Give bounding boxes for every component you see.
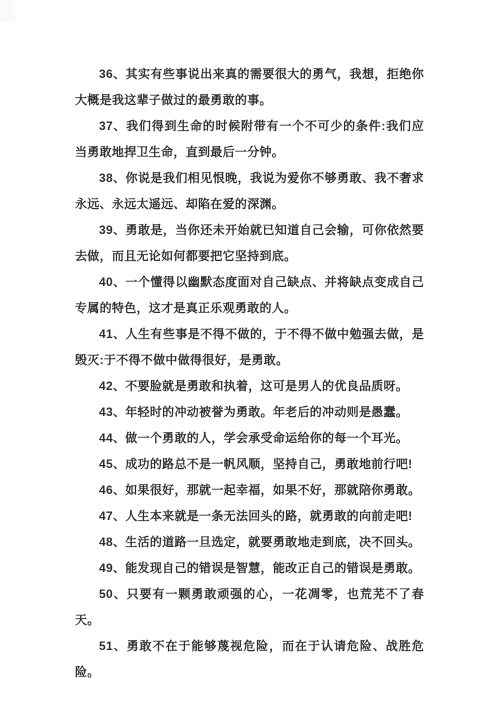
quote-item: 49、能发现自己的错误是智慧，能改正自己的错误是勇敢。 xyxy=(75,555,424,581)
quote-item: 48、生活的道路一旦选定，就要勇敢地走到底，决不回头。 xyxy=(75,529,424,555)
quote-number: 36、 xyxy=(99,67,126,81)
quote-text: 其实有些事说出来真的需要很大的勇气，我想，拒绝你大概是我这辈子做过的最勇敢的事。 xyxy=(75,67,424,107)
quote-number: 46、 xyxy=(99,483,125,497)
quote-number: 48、 xyxy=(99,535,125,549)
quote-item: 50、只要有一颗勇敢顽强的心，一花凋零，也荒芜不了春天。 xyxy=(75,581,424,633)
quote-number: 38、 xyxy=(99,171,126,185)
quote-list: 36、其实有些事说出来真的需要很大的勇气，我想，拒绝你大概是我这辈子做过的最勇敢… xyxy=(75,61,424,685)
quote-number: 40、 xyxy=(99,275,126,289)
document-page: 36、其实有些事说出来真的需要很大的勇气，我想，拒绝你大概是我这辈子做过的最勇敢… xyxy=(0,0,500,707)
quote-item: 46、如果很好，那就一起幸福，如果不好，那就陪你勇敢。 xyxy=(75,477,424,503)
quote-item: 43、年轻时的冲动被誉为勇敢。年老后的冲动则是愚蠢。 xyxy=(75,399,424,425)
quote-text: 成功的路总不是一帆风顺，坚持自己，勇敢地前行吧! xyxy=(125,457,412,471)
quote-text: 一个懂得以幽默态度面对自己缺点、并将缺点变成自己专属的特色，这才是真正乐观勇敢的… xyxy=(75,275,424,315)
quote-text: 能发现自己的错误是智慧，能改正自己的错误是勇敢。 xyxy=(125,561,420,575)
quote-text: 生活的道路一旦选定，就要勇敢地走到底，决不回头。 xyxy=(125,535,420,549)
quote-text: 不要脸就是勇敢和执着，这可是男人的优良品质呀。 xyxy=(125,379,408,393)
quote-text: 人生本来就是一条无法回头的路，就勇敢的向前走吧! xyxy=(125,509,412,523)
quote-text: 你说是我们相见恨晚，我说为爱你不够勇敢、我不奢求永远、永远太遥远、却陷在爱的深渊… xyxy=(75,171,424,211)
quote-text: 勇敢不在于能够蔑视危险，而在于认请危险、战胜危险。 xyxy=(75,639,424,679)
quote-text: 我们得到生命的时候附带有一个不可少的条件:我们应当勇敢地捍卫生命，直到最后一分钟… xyxy=(75,119,424,159)
quote-item: 40、一个懂得以幽默态度面对自己缺点、并将缺点变成自己专属的特色，这才是真正乐观… xyxy=(75,269,424,321)
quote-text: 只要有一颗勇敢顽强的心，一花凋零，也荒芜不了春天。 xyxy=(75,587,424,627)
quote-number: 51、 xyxy=(99,639,127,653)
quote-number: 50、 xyxy=(99,587,127,601)
quote-number: 39、 xyxy=(99,223,126,237)
quote-item: 36、其实有些事说出来真的需要很大的勇气，我想，拒绝你大概是我这辈子做过的最勇敢… xyxy=(75,61,424,113)
quote-text: 勇敢是，当你还未开始就已知道自己会输，可你依然要去做，而且无论如何都要把它坚持到… xyxy=(75,223,424,263)
quote-item: 37、我们得到生命的时候附带有一个不可少的条件:我们应当勇敢地捍卫生命，直到最后… xyxy=(75,113,424,165)
quote-item: 38、你说是我们相见恨晚，我说为爱你不够勇敢、我不奢求永远、永远太遥远、却陷在爱… xyxy=(75,165,424,217)
quote-number: 47、 xyxy=(99,509,125,523)
quote-text: 年轻时的冲动被誉为勇敢。年老后的冲动则是愚蠢。 xyxy=(125,405,408,419)
quote-number: 41、 xyxy=(99,327,126,341)
quote-text: 如果很好，那就一起幸福，如果不好，那就陪你勇敢。 xyxy=(125,483,420,497)
quote-number: 49、 xyxy=(99,561,125,575)
quote-text: 做一个勇敢的人，学会承受命运给你的每一个耳光。 xyxy=(125,431,408,445)
quote-item: 39、勇敢是，当你还未开始就已知道自己会输，可你依然要去做，而且无论如何都要把它… xyxy=(75,217,424,269)
quote-number: 37、 xyxy=(99,119,126,133)
quote-item: 47、人生本来就是一条无法回头的路，就勇敢的向前走吧! xyxy=(75,503,424,529)
quote-number: 43、 xyxy=(99,405,125,419)
quote-number: 45、 xyxy=(99,457,125,471)
quote-item: 51、勇敢不在于能够蔑视危险，而在于认请危险、战胜危险。 xyxy=(75,633,424,685)
quote-text: 人生有些事是不得不做的，于不得不做中勉强去做，是毁灭:于不得不做中做得很好，是勇… xyxy=(75,327,424,367)
quote-number: 44、 xyxy=(99,431,125,445)
page-corner-shade xyxy=(0,0,15,22)
quote-item: 41、人生有些事是不得不做的，于不得不做中勉强去做，是毁灭:于不得不做中做得很好… xyxy=(75,321,424,373)
quote-item: 44、做一个勇敢的人，学会承受命运给你的每一个耳光。 xyxy=(75,425,424,451)
quote-item: 42、不要脸就是勇敢和执着，这可是男人的优良品质呀。 xyxy=(75,373,424,399)
quote-number: 42、 xyxy=(99,379,125,393)
quote-item: 45、成功的路总不是一帆风顺，坚持自己，勇敢地前行吧! xyxy=(75,451,424,477)
